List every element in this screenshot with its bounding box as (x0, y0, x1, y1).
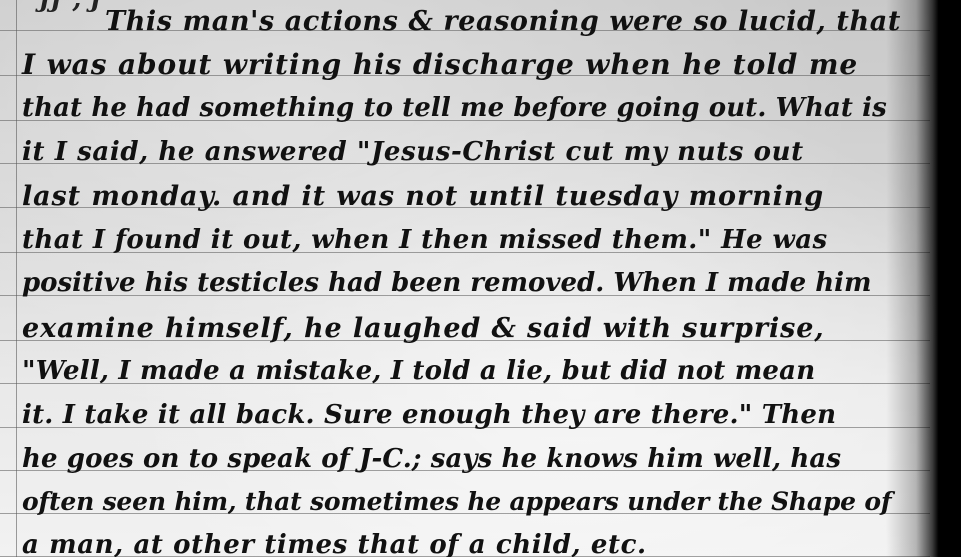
text-line-3: that he had something to tell me before … (22, 95, 887, 121)
text-line-13: a man, at other times that of a child, e… (22, 532, 647, 557)
left-margin-line (16, 0, 17, 557)
text-line-7: positive his testicles had been removed.… (22, 270, 872, 296)
text-line-6: that I found it out, when I then missed … (22, 227, 828, 253)
text-line-5: last monday. and it was not until tuesda… (22, 183, 824, 210)
text-line-11: he goes on to speak of J-C.; says he kno… (22, 446, 841, 472)
text-line-1: This man's actions & reasoning were so l… (105, 8, 901, 35)
text-line-12: often seen him, that sometimes he appear… (22, 489, 891, 514)
handwritten-page: ƒƒ , ƒ This man's actions & reasoning we… (0, 0, 961, 557)
binding-shadow (886, 0, 961, 557)
text-line-2: I was about writing his discharge when h… (22, 51, 858, 79)
text-line-8: examine himself, he laughed & said with … (22, 315, 825, 342)
text-line-10: it. I take it all back. Sure enough they… (22, 402, 836, 428)
partial-top-line: ƒƒ , ƒ (40, 0, 103, 12)
text-line-4: it I said, he answered "Jesus-Christ cut… (22, 139, 804, 165)
text-line-9: "Well, I made a mistake, I told a lie, b… (22, 358, 815, 384)
